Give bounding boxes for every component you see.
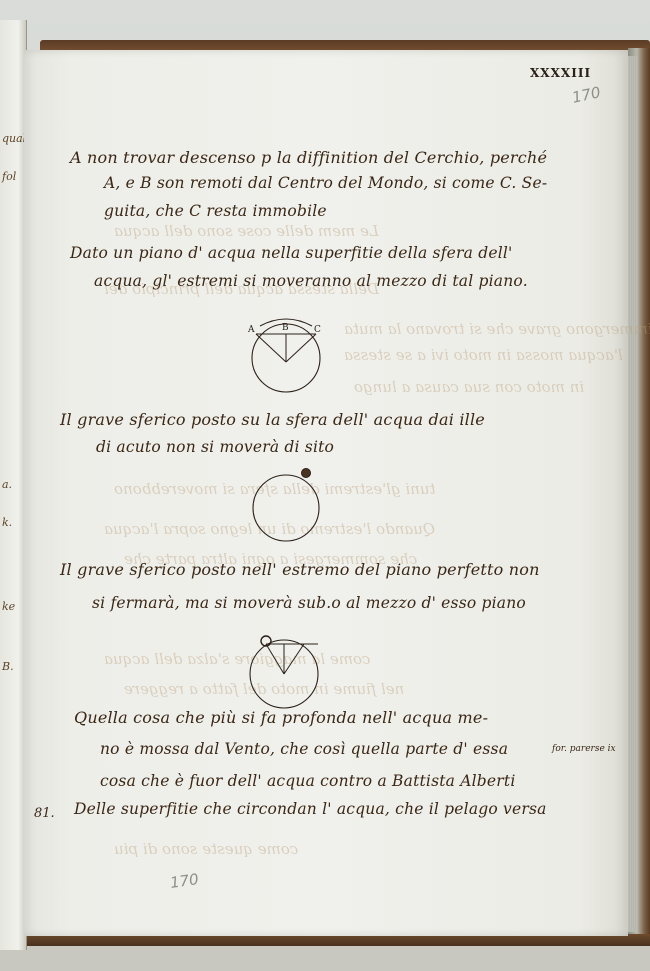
facing-page-fragment: B. [2,660,14,673]
facing-page-fragment: a. [2,478,12,491]
manuscript-line: acqua, gl' estremi si moveranno al mezzo… [94,272,528,290]
figure-label-a: A [247,325,255,335]
manuscript-line: di acuto non si moverà di sito [96,438,334,456]
facing-page-fragment: fol [2,170,16,183]
manuscript-line: Il grave sferico posto su la sfera dell'… [60,410,485,429]
figure-label-c: C [314,325,321,335]
facing-page-edge: quak fol a. k. ke B. [0,20,27,950]
manuscript-line: A, e B son remoti dal Centro del Mondo, … [104,174,547,192]
manuscript-line: no è mossa dal Vento, che così quella pa… [100,740,508,758]
page-edges [628,56,638,932]
manuscript-line: Delle superfitie che circondan l' acqua,… [74,800,547,818]
margin-number: 81. [34,806,55,821]
figure-sphere-on-water [250,464,330,544]
manuscript-line: Quella cosa che più si fa profonda nell'… [74,708,488,727]
figure-label-b: B [282,323,289,333]
figure-circle-chord-abc: A B C [246,312,326,402]
manuscript-line: cosa che è fuor dell' acqua contro a Bat… [100,772,515,790]
pencil-folio-bottom: 170 [169,870,200,892]
manuscript-page: XXXXIII 170 Le mem delle cose sono dell … [24,50,628,936]
bleed-through-text: cosa e immergono grave che si trovano la… [344,320,650,338]
manuscript-line: A non trovar descenso p la diffinition d… [70,148,547,167]
manuscript-line: si fermarà, ma si moverà sub.o al mezzo … [92,594,526,612]
bleed-through-text: come queste sono di piu [114,840,298,858]
facing-page-fragment: k. [2,516,12,529]
manuscript-line: Dato un piano d' acqua nella superfitie … [70,244,512,262]
margin-note: for. parerse ix [552,744,616,754]
bleed-through-text: Le mem delle cose sono dell acqua [114,222,379,240]
bleed-through-text: l'acqua mossa in moto ivi a se stessa [344,346,623,364]
bleed-through-text: in moto con sua causa a lungo [354,378,584,396]
manuscript-line: guita, che C resta immobile [104,202,327,220]
bleed-through-text: come la maggiore s'alza dell acqua [104,650,370,668]
pencil-folio-top: 170 [570,83,602,107]
folio-number: XXXXIII [530,66,591,80]
facing-page-fragment: ke [2,600,15,613]
figure-sphere-on-plane [246,630,326,710]
manuscript-line: Il grave sferico posto nell' estremo del… [60,560,540,579]
